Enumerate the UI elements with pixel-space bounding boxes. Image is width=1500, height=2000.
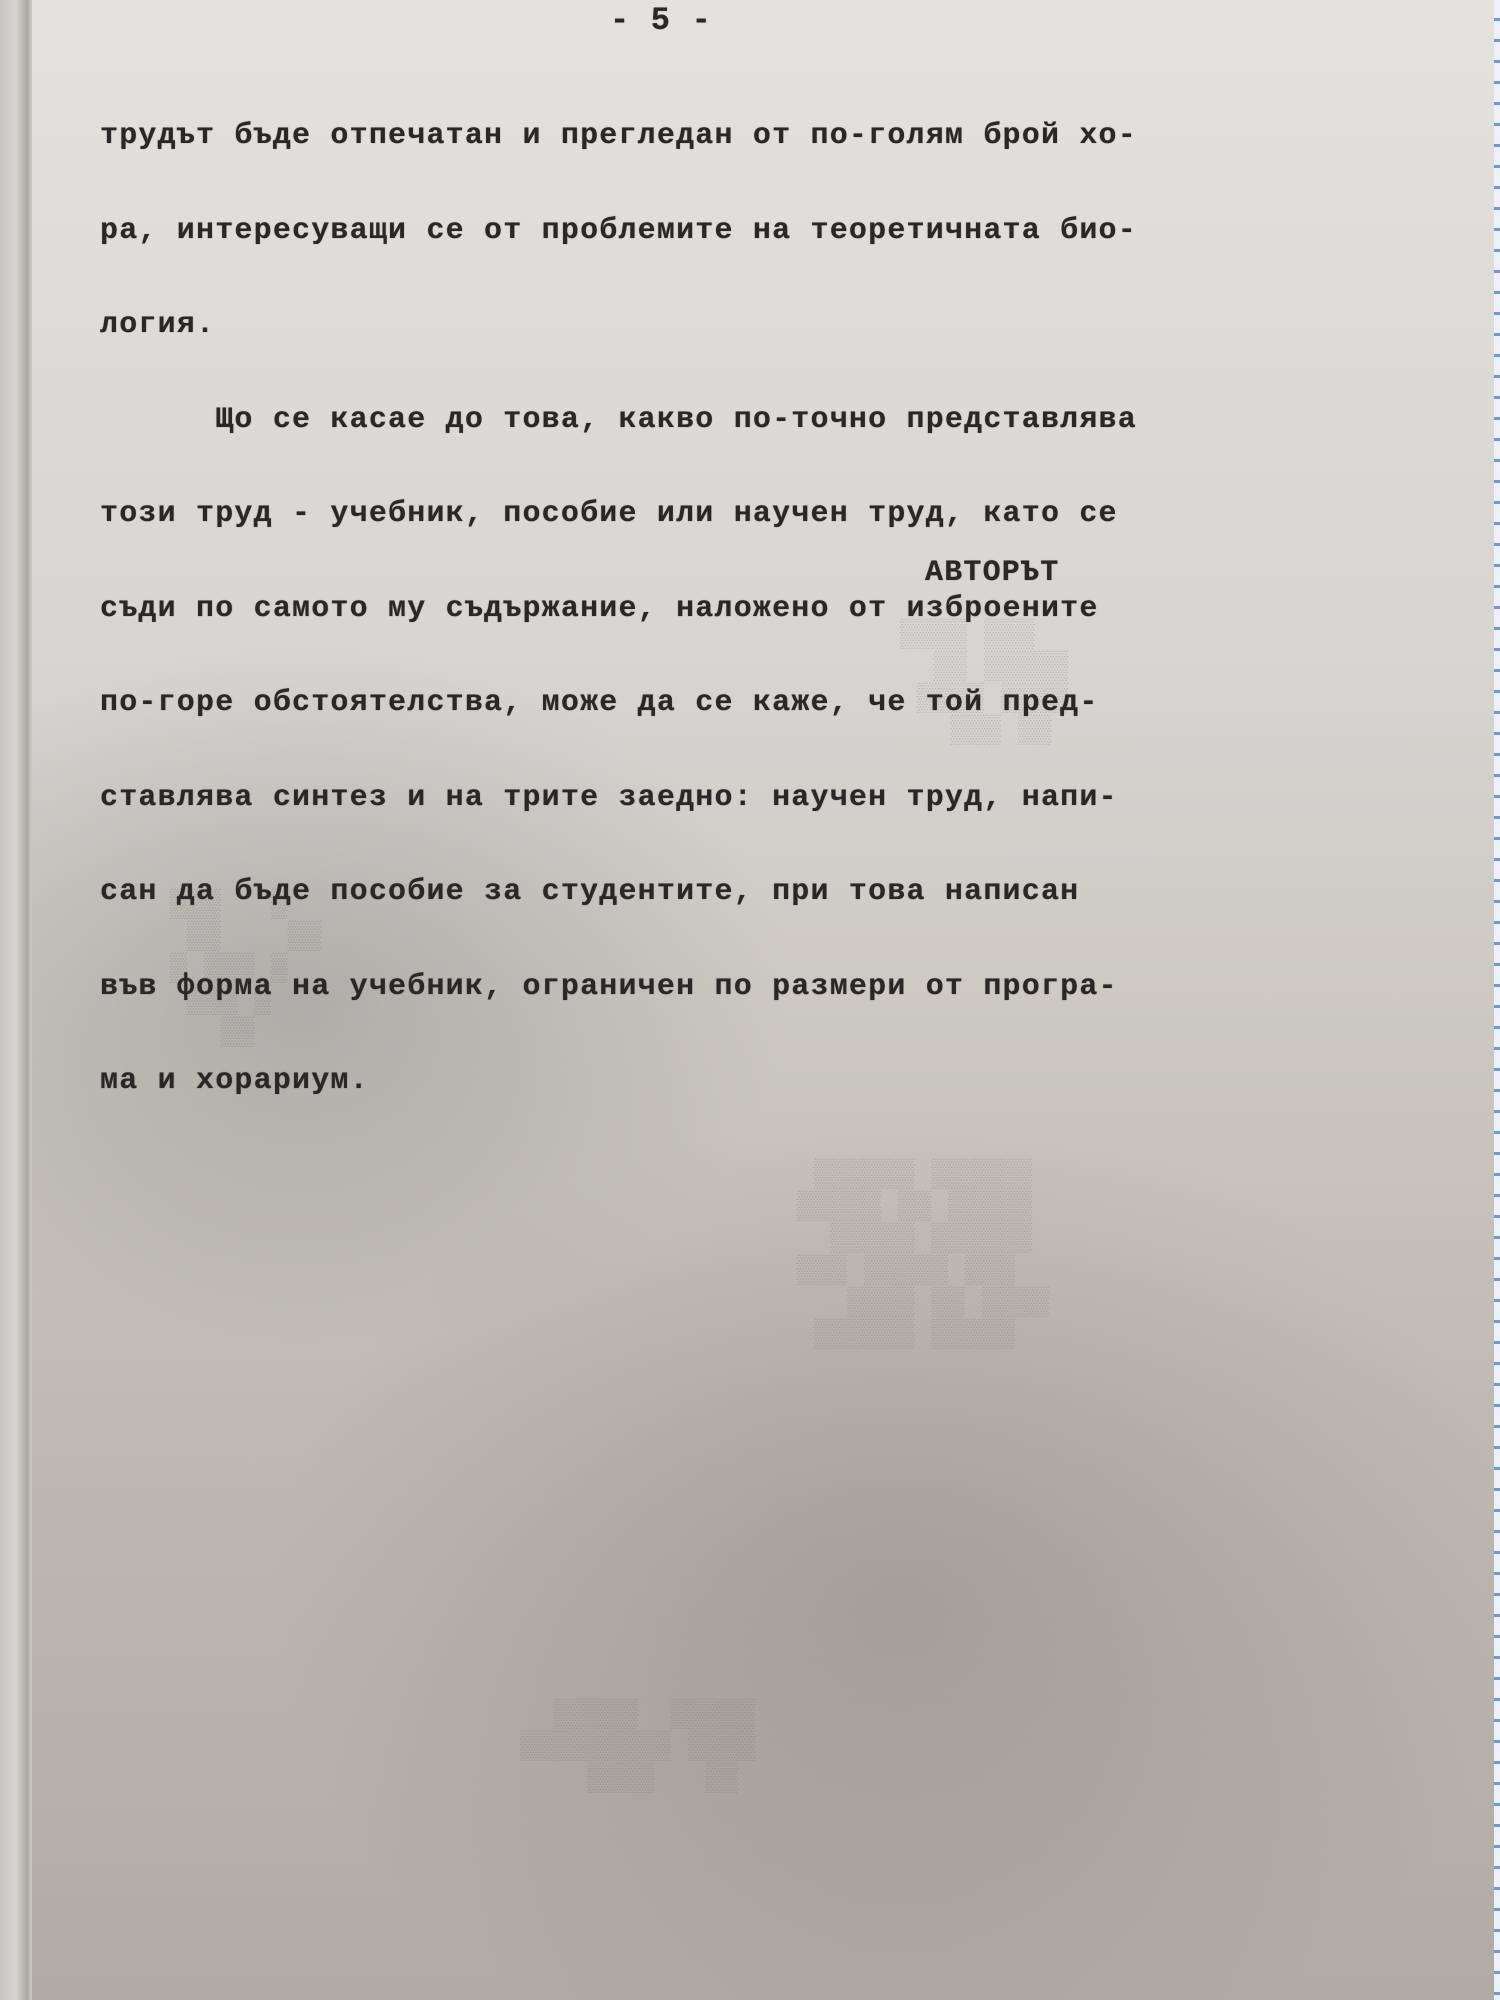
body-text: трудът бъде отпечатан и прегледан от по-… [100,58,1340,1161]
text-line: ма и хорариум. [100,1066,1340,1098]
text-line: ра, интересуващи се от проблемите на тео… [100,216,1340,248]
text-line: във форма на учебник, ограничен по разме… [100,972,1340,1004]
text-line: този труд - учебник, пособие или научен … [100,499,1340,531]
page-number: - 5 - [610,2,712,39]
text-line: ставлява синтез и на трите заедно: науче… [100,783,1340,815]
document-page: ▒▒▒▒ ▒▒▒ ▒▒ ▒▒▒▒▒ ▒▒▒▒ ▒▒▒▒ ▒▒▒ ▒▒ ▒▒▒ ▒… [0,0,1495,2000]
notebook-paper-edge [1494,0,1500,2000]
text-line: по-горе обстоятелства, може да се каже, … [100,688,1340,720]
text-line: съди по самото му съдържание, наложено о… [100,594,1340,626]
text-line: трудът бъде отпечатан и прегледан от по-… [100,121,1340,153]
text-line: сан да бъде пособие за студентите, при т… [100,877,1340,909]
page-binding-shadow [0,0,32,2000]
bleed-through-text: ▒▒▒▒▒▒ ▒▒▒▒▒▒ ▒▒▒▒▒ ▒▒ ▒▒▒▒▒ ▒▒▒▒▒ ▒▒▒▒▒… [780,1160,1049,1352]
author-signature: АВТОРЪТ [925,556,1059,590]
text-line: логия. [100,310,1340,342]
bleed-through-text: ▒▒▒▒▒ ▒▒▒▒▒ ▒▒▒▒▒▒▒▒▒ ▒▒▒▒ ▒▒▒▒ ▒▒ [520,1700,755,1796]
text-line: Що се касае до това, какво по-точно пред… [100,405,1340,437]
